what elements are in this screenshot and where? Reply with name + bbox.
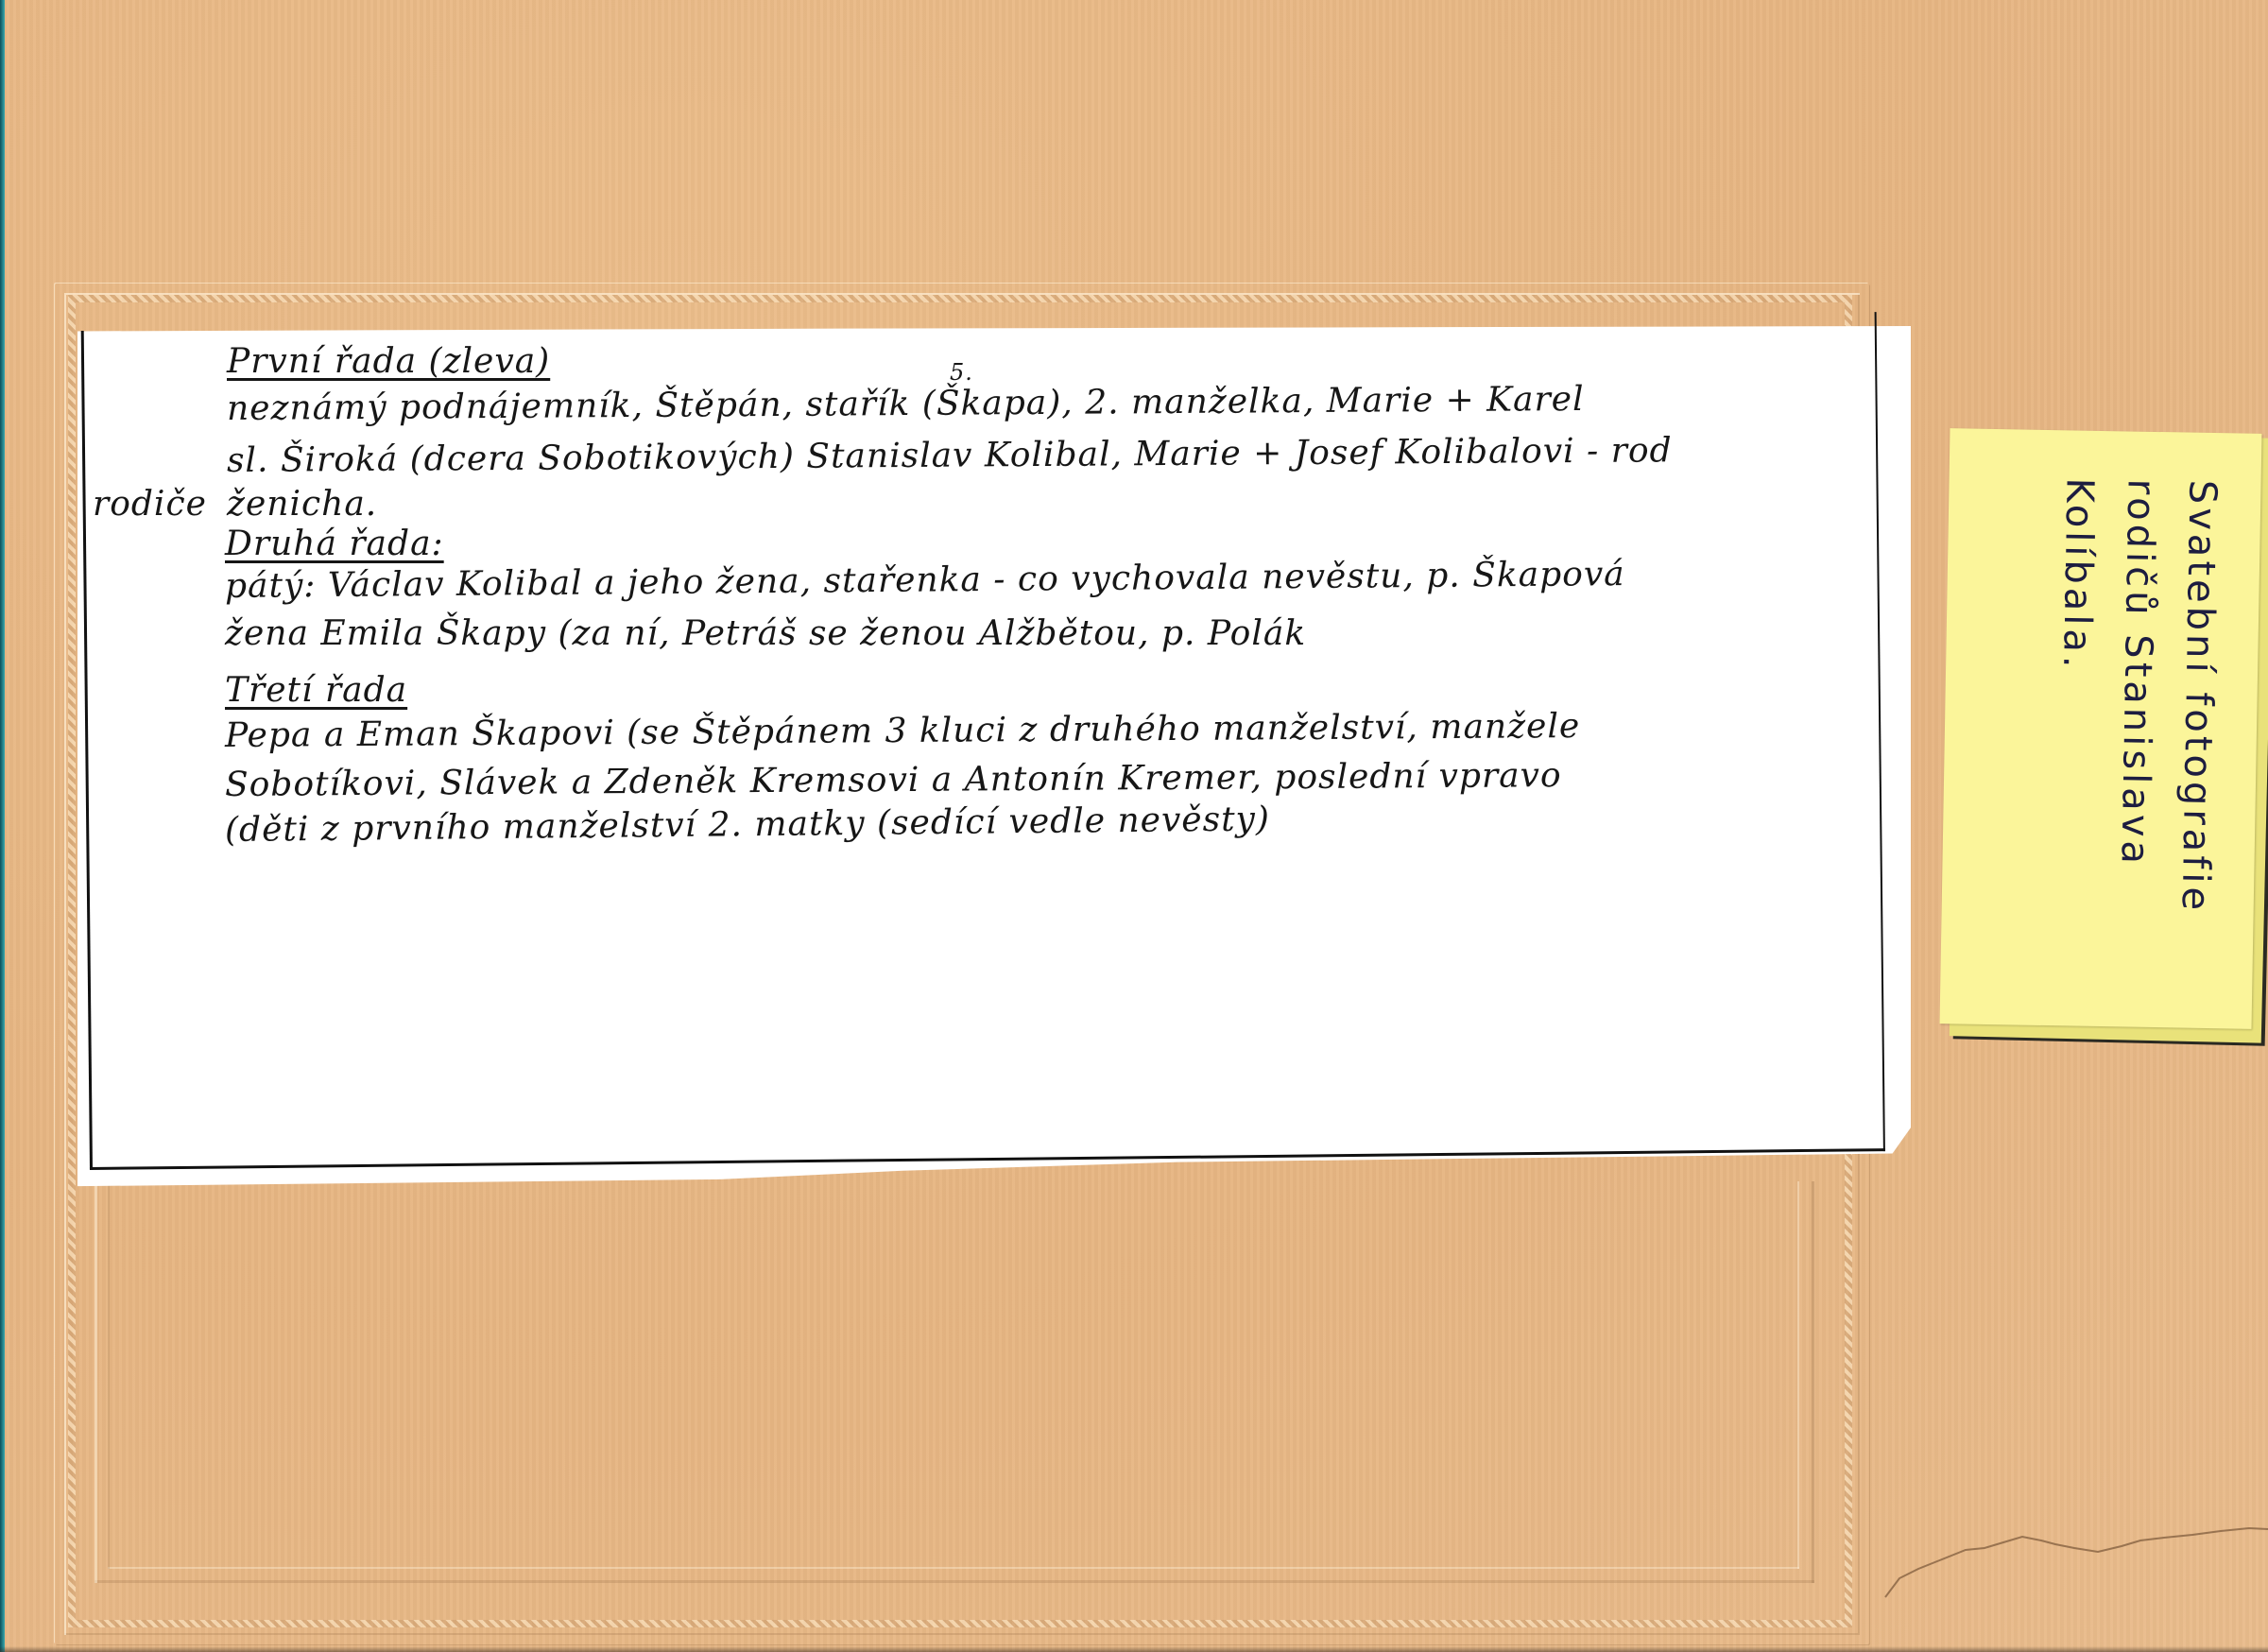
row3-heading: Třetí řada [225,671,407,710]
row1-superscript: 5. [950,359,973,386]
scan-edge-bottom [0,1646,2268,1652]
sticky-line-2: rodičů Stanislava [2112,478,2162,868]
embossed-frame-inner-line [108,1181,1799,1569]
cardboard-tear [1881,1474,2268,1607]
sticky-line-1: Svatební fotografie [2173,479,2225,914]
row2-line2: žena Emila Škapy (za ní, Petráš se ženou… [225,614,1306,653]
row1-line3: ženicha. [227,485,377,524]
row2-heading: Druhá řada: [225,525,444,563]
row1-margin-prefix: rodiče [93,485,207,524]
sticky-note: Svatební fotografie rodičů Stanislava Ko… [1940,428,2262,1029]
sticky-line-3: Kolíbala. [2054,477,2102,672]
row1-heading: První řada (zleva) [227,342,550,381]
scan-edge [0,0,5,1652]
